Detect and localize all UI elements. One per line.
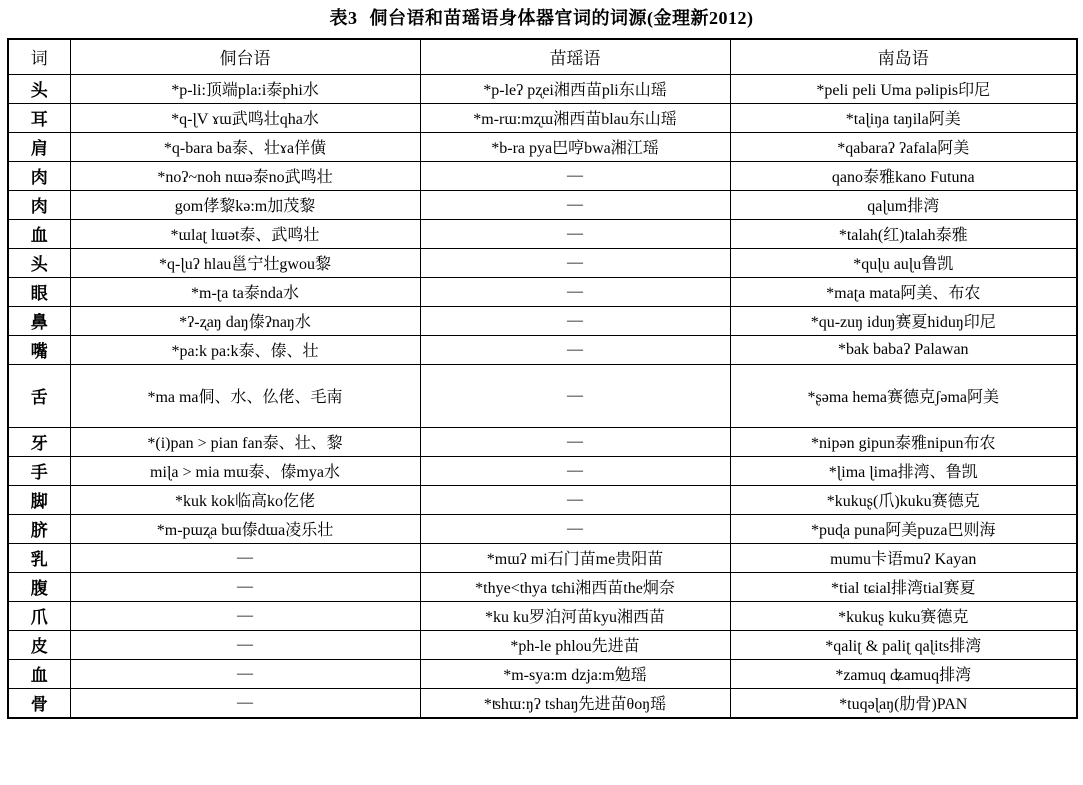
word-cell: 头 [8, 248, 70, 277]
word-cell: 乳 [8, 543, 70, 572]
word-cell: 头 [8, 74, 70, 103]
table-row: 耳*q-ɭV ɤɯ武鸣壮qha水*m-rɯ:mʐɯ湘西苗blau东山瑶*taɭi… [8, 103, 1077, 132]
hmongmien-cell: — [420, 248, 730, 277]
austronesian-cell: *zamuq ʥamuq排湾 [730, 659, 1077, 688]
table-row: 鼻*ʔ-ʐaŋ daŋ傣ʔnaŋ水—*qu-zuŋ iduŋ赛夏hiduŋ印尼 [8, 306, 1077, 335]
table-body: 头*p-li:顶端pla:i泰phi水*p-leʔ pʐei湘西苗pli东山瑶*… [8, 74, 1077, 718]
hmongmien-cell: *ʦhɯ:ŋʔ tshaŋ先进苗θoŋ瑶 [420, 688, 730, 718]
hmongmien-cell: — [420, 219, 730, 248]
kamtai-cell: — [70, 572, 420, 601]
austronesian-cell: *talah(红)talah泰雅 [730, 219, 1077, 248]
col-header-kamtai: 侗台语 [70, 39, 420, 75]
hmongmien-cell: — [420, 306, 730, 335]
kamtai-cell: *kuk kok临高ko仡佬 [70, 485, 420, 514]
kamtai-cell: — [70, 659, 420, 688]
hmongmien-cell: — [420, 161, 730, 190]
austronesian-cell: *ɭima ɭima排湾、鲁凯 [730, 456, 1077, 485]
table-row: 嘴*pa:k pa:k泰、傣、壮—*bak babaʔ Palawan [8, 335, 1077, 364]
hmongmien-cell: *ku ku罗泊河苗kyu湘西苗 [420, 601, 730, 630]
word-cell: 嘴 [8, 335, 70, 364]
kamtai-cell: *q-ɭuʔ hlau邕宁壮gwou黎 [70, 248, 420, 277]
kamtai-cell: *pa:k pa:k泰、傣、壮 [70, 335, 420, 364]
austronesian-cell: mumu卡语muʔ Kayan [730, 543, 1077, 572]
word-cell: 肉 [8, 190, 70, 219]
austronesian-cell: *puɖa puna阿美puza巴则海 [730, 514, 1077, 543]
kamtai-cell: *ɯlaʈ lɯət泰、武鸣壮 [70, 219, 420, 248]
hmongmien-cell: — [420, 190, 730, 219]
hmongmien-cell: — [420, 364, 730, 427]
hmongmien-cell: *thye<thya tɕhi湘西苗the炯奈 [420, 572, 730, 601]
hmongmien-cell: *p-leʔ pʐei湘西苗pli东山瑶 [420, 74, 730, 103]
table-row: 骨—*ʦhɯ:ŋʔ tshaŋ先进苗θoŋ瑶*tuqəɭaŋ(肋骨)PAN [8, 688, 1077, 718]
kamtai-cell: gom侾黎kə:m加茂黎 [70, 190, 420, 219]
table-title: 表3侗台语和苗瑶语身体器官词的词源(金理新2012) [7, 8, 1076, 30]
table-row: 手miɭa > mia mɯ泰、傣mya水—*ɭima ɭima排湾、鲁凯 [8, 456, 1077, 485]
kamtai-cell: — [70, 543, 420, 572]
col-header-austronesian: 南岛语 [730, 39, 1077, 75]
table-row: 舌*ma ma侗、水、仫佬、毛南—*ʂəma hema赛德克ʃəma阿美 [8, 364, 1077, 427]
hmongmien-cell: *m-sya:m dzja:m勉瑶 [420, 659, 730, 688]
word-cell: 牙 [8, 427, 70, 456]
etymology-table: 词 侗台语 苗瑶语 南岛语 头*p-li:顶端pla:i泰phi水*p-leʔ … [7, 38, 1078, 719]
austronesian-cell: *kukuʂ(爪)kuku赛德克 [730, 485, 1077, 514]
hmongmien-cell: — [420, 514, 730, 543]
word-cell: 手 [8, 456, 70, 485]
table-row: 肉*noʔ~noh nɯə泰no武鸣壮—qano泰雅kano Futuna [8, 161, 1077, 190]
hmongmien-cell: *ph-le phlou先进苗 [420, 630, 730, 659]
table-header: 词 侗台语 苗瑶语 南岛语 [8, 39, 1077, 75]
kamtai-cell: miɭa > mia mɯ泰、傣mya水 [70, 456, 420, 485]
hmongmien-cell: — [420, 427, 730, 456]
kamtai-cell: — [70, 630, 420, 659]
table-row: 乳—*mɯʔ mi石门苗me贵阳苗mumu卡语muʔ Kayan [8, 543, 1077, 572]
word-cell: 骨 [8, 688, 70, 718]
austronesian-cell: *peli peli Uma pəlipis印尼 [730, 74, 1077, 103]
table-row: 头*q-ɭuʔ hlau邕宁壮gwou黎—*quɭu auɭu鲁凯 [8, 248, 1077, 277]
table-row: 血—*m-sya:m dzja:m勉瑶*zamuq ʥamuq排湾 [8, 659, 1077, 688]
table-row: 脚*kuk kok临高ko仡佬—*kukuʂ(爪)kuku赛德克 [8, 485, 1077, 514]
kamtai-cell: *q-ɭV ɤɯ武鸣壮qha水 [70, 103, 420, 132]
kamtai-cell: *p-li:顶端pla:i泰phi水 [70, 74, 420, 103]
austronesian-cell: *qabaraʔ ʔafala阿美 [730, 132, 1077, 161]
kamtai-cell: *m-ʈa ta泰nda水 [70, 277, 420, 306]
austronesian-cell: *qaliʈ & paliʈ qaɭits排湾 [730, 630, 1077, 659]
austronesian-cell: *quɭu auɭu鲁凯 [730, 248, 1077, 277]
kamtai-cell: *ʔ-ʐaŋ daŋ傣ʔnaŋ水 [70, 306, 420, 335]
table-row: 肉gom侾黎kə:m加茂黎—qaɭum排湾 [8, 190, 1077, 219]
kamtai-cell: *ma ma侗、水、仫佬、毛南 [70, 364, 420, 427]
hmongmien-cell: *m-rɯ:mʐɯ湘西苗blau东山瑶 [420, 103, 730, 132]
header-row: 词 侗台语 苗瑶语 南岛语 [8, 39, 1077, 75]
hmongmien-cell: — [420, 456, 730, 485]
hmongmien-cell: — [420, 277, 730, 306]
austronesian-cell: *tial tɕial排湾tial赛夏 [730, 572, 1077, 601]
scanned-paper-page: 表3侗台语和苗瑶语身体器官词的词源(金理新2012) 词 侗台语 苗瑶语 南岛语… [0, 0, 1083, 719]
austronesian-cell: qaɭum排湾 [730, 190, 1077, 219]
word-cell: 爪 [8, 601, 70, 630]
word-cell: 舌 [8, 364, 70, 427]
word-cell: 脚 [8, 485, 70, 514]
hmongmien-cell: *mɯʔ mi石门苗me贵阳苗 [420, 543, 730, 572]
word-cell: 皮 [8, 630, 70, 659]
col-header-hmongmien: 苗瑶语 [420, 39, 730, 75]
table-row: 肩*q-bara ba泰、壮ɤa佯僙*b-ra pya巴哼bwa湘江瑶*qaba… [8, 132, 1077, 161]
austronesian-cell: qano泰雅kano Futuna [730, 161, 1077, 190]
austronesian-cell: *tuqəɭaŋ(肋骨)PAN [730, 688, 1077, 718]
hmongmien-cell: *b-ra pya巴哼bwa湘江瑶 [420, 132, 730, 161]
austronesian-cell: *maʈa mata阿美、布农 [730, 277, 1077, 306]
table-number: 表3 [330, 8, 358, 28]
word-cell: 眼 [8, 277, 70, 306]
austronesian-cell: *ʂəma hema赛德克ʃəma阿美 [730, 364, 1077, 427]
table-title-text: 侗台语和苗瑶语身体器官词的词源(金理新2012) [370, 8, 754, 28]
kamtai-cell: — [70, 688, 420, 718]
word-cell: 腹 [8, 572, 70, 601]
word-cell: 血 [8, 219, 70, 248]
word-cell: 肩 [8, 132, 70, 161]
table-row: 皮—*ph-le phlou先进苗*qaliʈ & paliʈ qaɭits排湾 [8, 630, 1077, 659]
table-row: 脐*m-pɯʐa bɯ傣dɯa凌乐壮—*puɖa puna阿美puza巴则海 [8, 514, 1077, 543]
kamtai-cell: *m-pɯʐa bɯ傣dɯa凌乐壮 [70, 514, 420, 543]
kamtai-cell: *noʔ~noh nɯə泰no武鸣壮 [70, 161, 420, 190]
table-row: 爪—*ku ku罗泊河苗kyu湘西苗*kukuʂ kuku赛德克 [8, 601, 1077, 630]
word-cell: 耳 [8, 103, 70, 132]
table-row: 血*ɯlaʈ lɯət泰、武鸣壮—*talah(红)talah泰雅 [8, 219, 1077, 248]
table-row: 眼*m-ʈa ta泰nda水—*maʈa mata阿美、布农 [8, 277, 1077, 306]
austronesian-cell: *nipən gipun泰雅nipun布农 [730, 427, 1077, 456]
hmongmien-cell: — [420, 485, 730, 514]
word-cell: 鼻 [8, 306, 70, 335]
word-cell: 肉 [8, 161, 70, 190]
word-cell: 血 [8, 659, 70, 688]
austronesian-cell: *qu-zuŋ iduŋ赛夏hiduŋ印尼 [730, 306, 1077, 335]
kamtai-cell: — [70, 601, 420, 630]
word-cell: 脐 [8, 514, 70, 543]
col-header-word: 词 [8, 39, 70, 75]
kamtai-cell: *(i)pan > pian fan泰、壮、黎 [70, 427, 420, 456]
austronesian-cell: *kukuʂ kuku赛德克 [730, 601, 1077, 630]
kamtai-cell: *q-bara ba泰、壮ɤa佯僙 [70, 132, 420, 161]
austronesian-cell: *taɭiŋa taŋila阿美 [730, 103, 1077, 132]
hmongmien-cell: — [420, 335, 730, 364]
table-row: 头*p-li:顶端pla:i泰phi水*p-leʔ pʐei湘西苗pli东山瑶*… [8, 74, 1077, 103]
table-row: 腹—*thye<thya tɕhi湘西苗the炯奈*tial tɕial排湾ti… [8, 572, 1077, 601]
austronesian-cell: *bak babaʔ Palawan [730, 335, 1077, 364]
table-row: 牙*(i)pan > pian fan泰、壮、黎—*nipən gipun泰雅n… [8, 427, 1077, 456]
